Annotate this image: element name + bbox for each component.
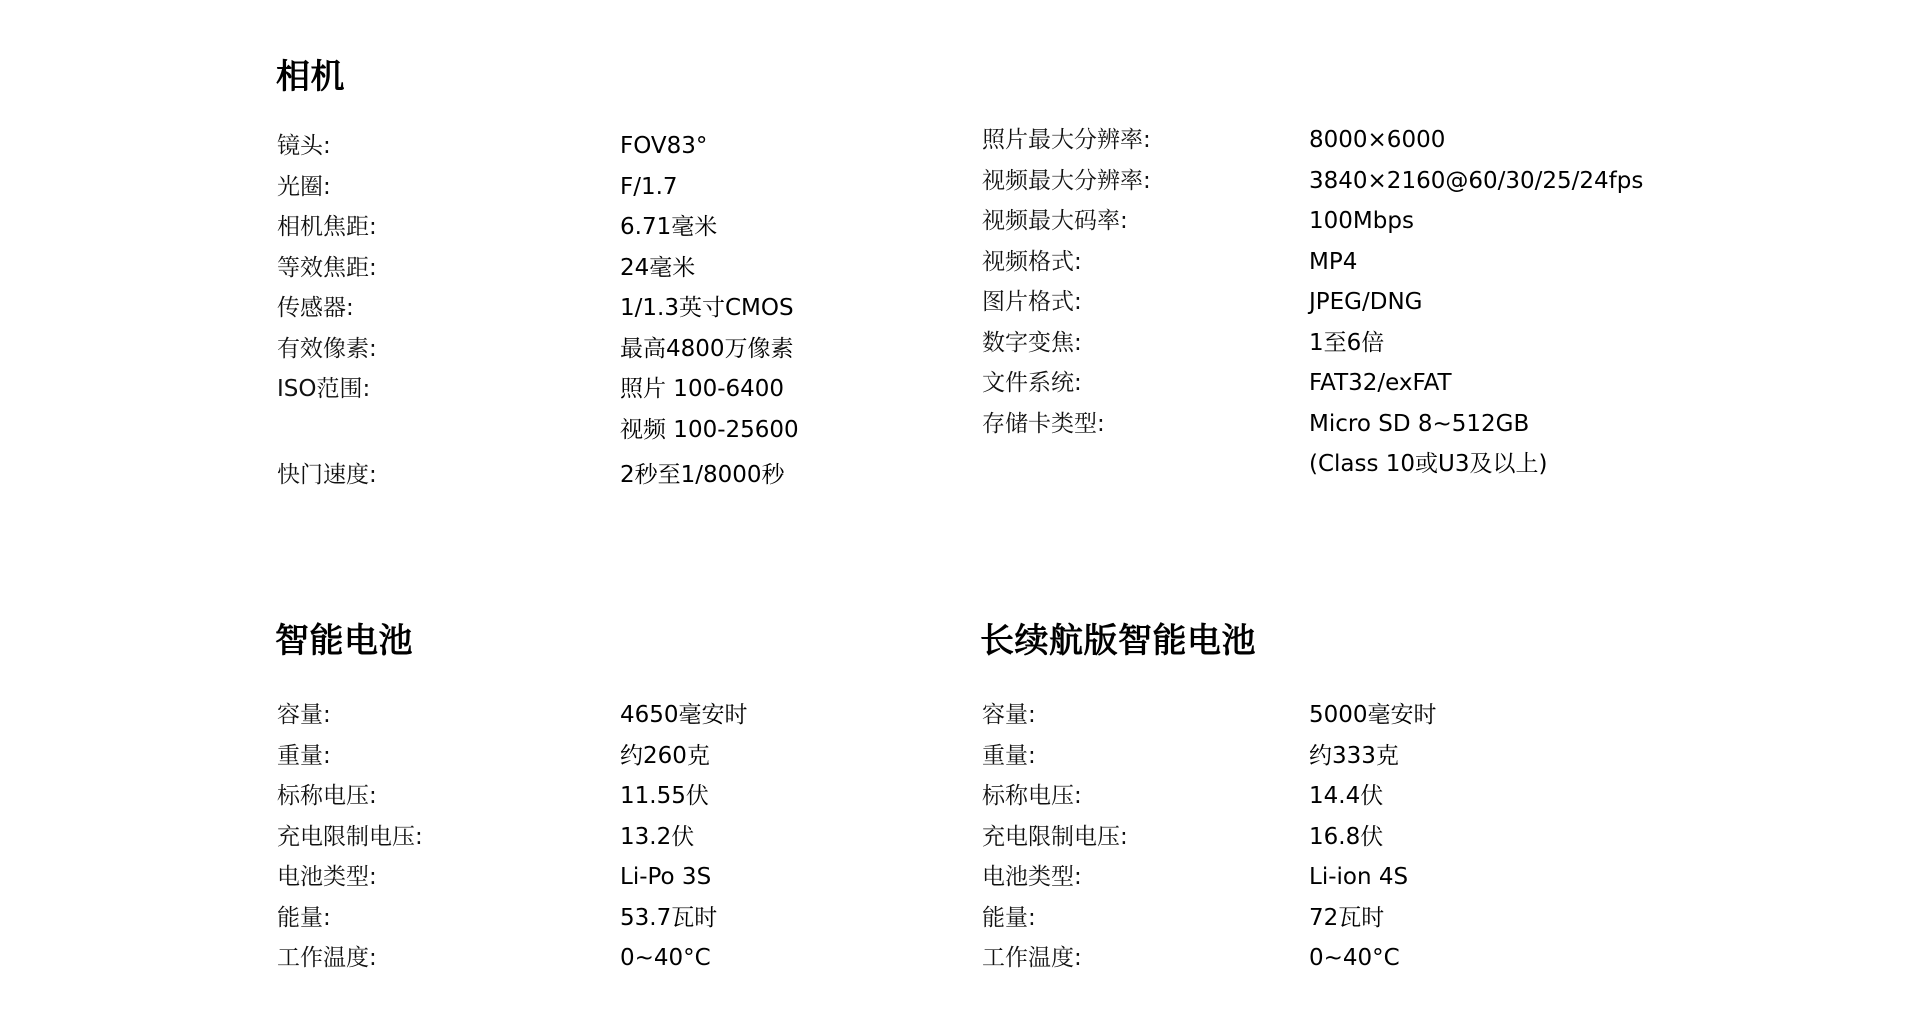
spec-label: 充电限制电压:: [277, 817, 423, 858]
spec-value: 0~40°C: [1309, 938, 1400, 979]
spec-value: 16.8伏: [1309, 817, 1383, 858]
spec-row-battery-type: 电池类型: Li-Po 3S: [277, 857, 917, 898]
spec-label: 工作温度:: [277, 938, 377, 979]
spec-value: 0~40°C: [620, 938, 711, 979]
spec-label: 视频最大码率:: [982, 201, 1128, 242]
spec-row-focal-length: 相机焦距: 6.71毫米: [277, 207, 917, 248]
spec-value: 53.7瓦时: [620, 898, 717, 939]
spec-row-weight: 重量: 约333克: [982, 736, 1682, 777]
spec-label: 光圈:: [277, 167, 331, 208]
spec-label: 传感器:: [277, 288, 354, 329]
spec-label: 容量:: [982, 695, 1036, 736]
spec-label: 图片格式:: [982, 282, 1082, 323]
spec-row-aperture: 光圈: F/1.7: [277, 167, 917, 208]
spec-row-storage-card-class: (Class 10或U3及以上): [982, 444, 1682, 485]
spec-row-iso-range-video: 视频 100-25600: [277, 410, 917, 451]
spec-row-iso-range: ISO范围: 照片 100-6400: [277, 369, 917, 410]
spec-row-battery-type: 电池类型: Li-ion 4S: [982, 857, 1682, 898]
spec-row-capacity: 容量: 5000毫安时: [982, 695, 1682, 736]
spec-value: FAT32/exFAT: [1309, 363, 1452, 404]
camera-specs-left: 镜头: FOV83° 光圈: F/1.7 相机焦距: 6.71毫米 等效焦距: …: [277, 126, 917, 496]
spec-label: 重量:: [277, 736, 331, 777]
spec-label: 能量:: [277, 898, 331, 939]
spec-value: 13.2伏: [620, 817, 694, 858]
spec-row-digital-zoom: 数字变焦: 1至6倍: [982, 323, 1682, 364]
spec-value: MP4: [1309, 242, 1357, 283]
spec-value: F/1.7: [620, 167, 678, 208]
spec-row-equiv-focal-length: 等效焦距: 24毫米: [277, 248, 917, 289]
spec-label: 视频格式:: [982, 242, 1082, 283]
spec-row-video-max-resolution: 视频最大分辨率: 3840×2160@60/30/25/24fps: [982, 161, 1682, 202]
spec-label: 镜头:: [277, 126, 331, 167]
spec-value: 72瓦时: [1309, 898, 1384, 939]
spec-value: Li-ion 4S: [1309, 857, 1408, 898]
spec-row-photo-max-resolution: 照片最大分辨率: 8000×6000: [982, 120, 1682, 161]
camera-specs-right: 照片最大分辨率: 8000×6000 视频最大分辨率: 3840×2160@60…: [982, 120, 1682, 485]
spec-label: 照片最大分辨率:: [982, 120, 1151, 161]
spec-label: 相机焦距:: [277, 207, 377, 248]
spec-value: 4650毫安时: [620, 695, 748, 736]
spec-value: FOV83°: [620, 126, 707, 167]
spec-row-storage-card: 存储卡类型: Micro SD 8~512GB: [982, 404, 1682, 445]
spec-label: 电池类型:: [277, 857, 377, 898]
battery-specs: 容量: 4650毫安时 重量: 约260克 标称电压: 11.55伏 充电限制电…: [277, 695, 917, 979]
spec-label: 数字变焦:: [982, 323, 1082, 364]
spec-value: 约333克: [1309, 736, 1399, 777]
spec-value: 3840×2160@60/30/25/24fps: [1309, 161, 1643, 202]
spec-label: 快门速度:: [277, 455, 377, 496]
spec-value: 最高4800万像素: [620, 329, 794, 370]
spec-value: Micro SD 8~512GB: [1309, 404, 1529, 445]
spec-row-nominal-voltage: 标称电压: 14.4伏: [982, 776, 1682, 817]
spec-value: JPEG/DNG: [1309, 282, 1423, 323]
spec-label: 等效焦距:: [277, 248, 377, 289]
spec-value: Li-Po 3S: [620, 857, 711, 898]
spec-value: 24毫米: [620, 248, 695, 289]
spec-label: 能量:: [982, 898, 1036, 939]
spec-row-shutter-speed: 快门速度: 2秒至1/8000秒: [277, 455, 917, 496]
spec-label: 容量:: [277, 695, 331, 736]
spec-value: 1至6倍: [1309, 323, 1384, 364]
battery-section-title: 智能电池: [275, 621, 413, 661]
spec-label: 工作温度:: [982, 938, 1082, 979]
spec-value: (Class 10或U3及以上): [1309, 444, 1548, 485]
spec-row-video-max-bitrate: 视频最大码率: 100Mbps: [982, 201, 1682, 242]
spec-label: ISO范围:: [277, 369, 370, 410]
spec-value: 照片 100-6400: [620, 369, 784, 410]
spec-value: 5000毫安时: [1309, 695, 1437, 736]
spec-value: 11.55伏: [620, 776, 709, 817]
spec-label: 标称电压:: [982, 776, 1082, 817]
spec-row-operating-temperature: 工作温度: 0~40°C: [277, 938, 917, 979]
spec-row-charge-voltage-limit: 充电限制电压: 13.2伏: [277, 817, 917, 858]
spec-label: 电池类型:: [982, 857, 1082, 898]
spec-row-effective-pixels: 有效像素: 最高4800万像素: [277, 329, 917, 370]
spec-row-photo-format: 图片格式: JPEG/DNG: [982, 282, 1682, 323]
battery-plus-specs: 容量: 5000毫安时 重量: 约333克 标称电压: 14.4伏 充电限制电压…: [982, 695, 1682, 979]
spec-row-charge-voltage-limit: 充电限制电压: 16.8伏: [982, 817, 1682, 858]
spec-row-lens: 镜头: FOV83°: [277, 126, 917, 167]
spec-row-video-format: 视频格式: MP4: [982, 242, 1682, 283]
spec-label: 文件系统:: [982, 363, 1082, 404]
spec-value: 约260克: [620, 736, 710, 777]
spec-row-capacity: 容量: 4650毫安时: [277, 695, 917, 736]
spec-value: 2秒至1/8000秒: [620, 455, 785, 496]
camera-section-title: 相机: [276, 57, 345, 97]
spec-row-energy: 能量: 53.7瓦时: [277, 898, 917, 939]
spec-label: 存储卡类型:: [982, 404, 1105, 445]
spec-row-file-system: 文件系统: FAT32/exFAT: [982, 363, 1682, 404]
spec-row-operating-temperature: 工作温度: 0~40°C: [982, 938, 1682, 979]
spec-value: 6.71毫米: [620, 207, 717, 248]
spec-value: 视频 100-25600: [620, 410, 799, 451]
spec-row-weight: 重量: 约260克: [277, 736, 917, 777]
spec-label: 重量:: [982, 736, 1036, 777]
spec-label: 标称电压:: [277, 776, 377, 817]
spec-value: 8000×6000: [1309, 120, 1445, 161]
spec-row-nominal-voltage: 标称电压: 11.55伏: [277, 776, 917, 817]
spec-label: 有效像素:: [277, 329, 377, 370]
spec-label: 充电限制电压:: [982, 817, 1128, 858]
spec-row-sensor: 传感器: 1/1.3英寸CMOS: [277, 288, 917, 329]
spec-label: 视频最大分辨率:: [982, 161, 1151, 202]
spec-value: 1/1.3英寸CMOS: [620, 288, 794, 329]
spec-value: 14.4伏: [1309, 776, 1383, 817]
spec-value: 100Mbps: [1309, 201, 1414, 242]
spec-row-energy: 能量: 72瓦时: [982, 898, 1682, 939]
battery-plus-section-title: 长续航版智能电池: [980, 621, 1256, 661]
